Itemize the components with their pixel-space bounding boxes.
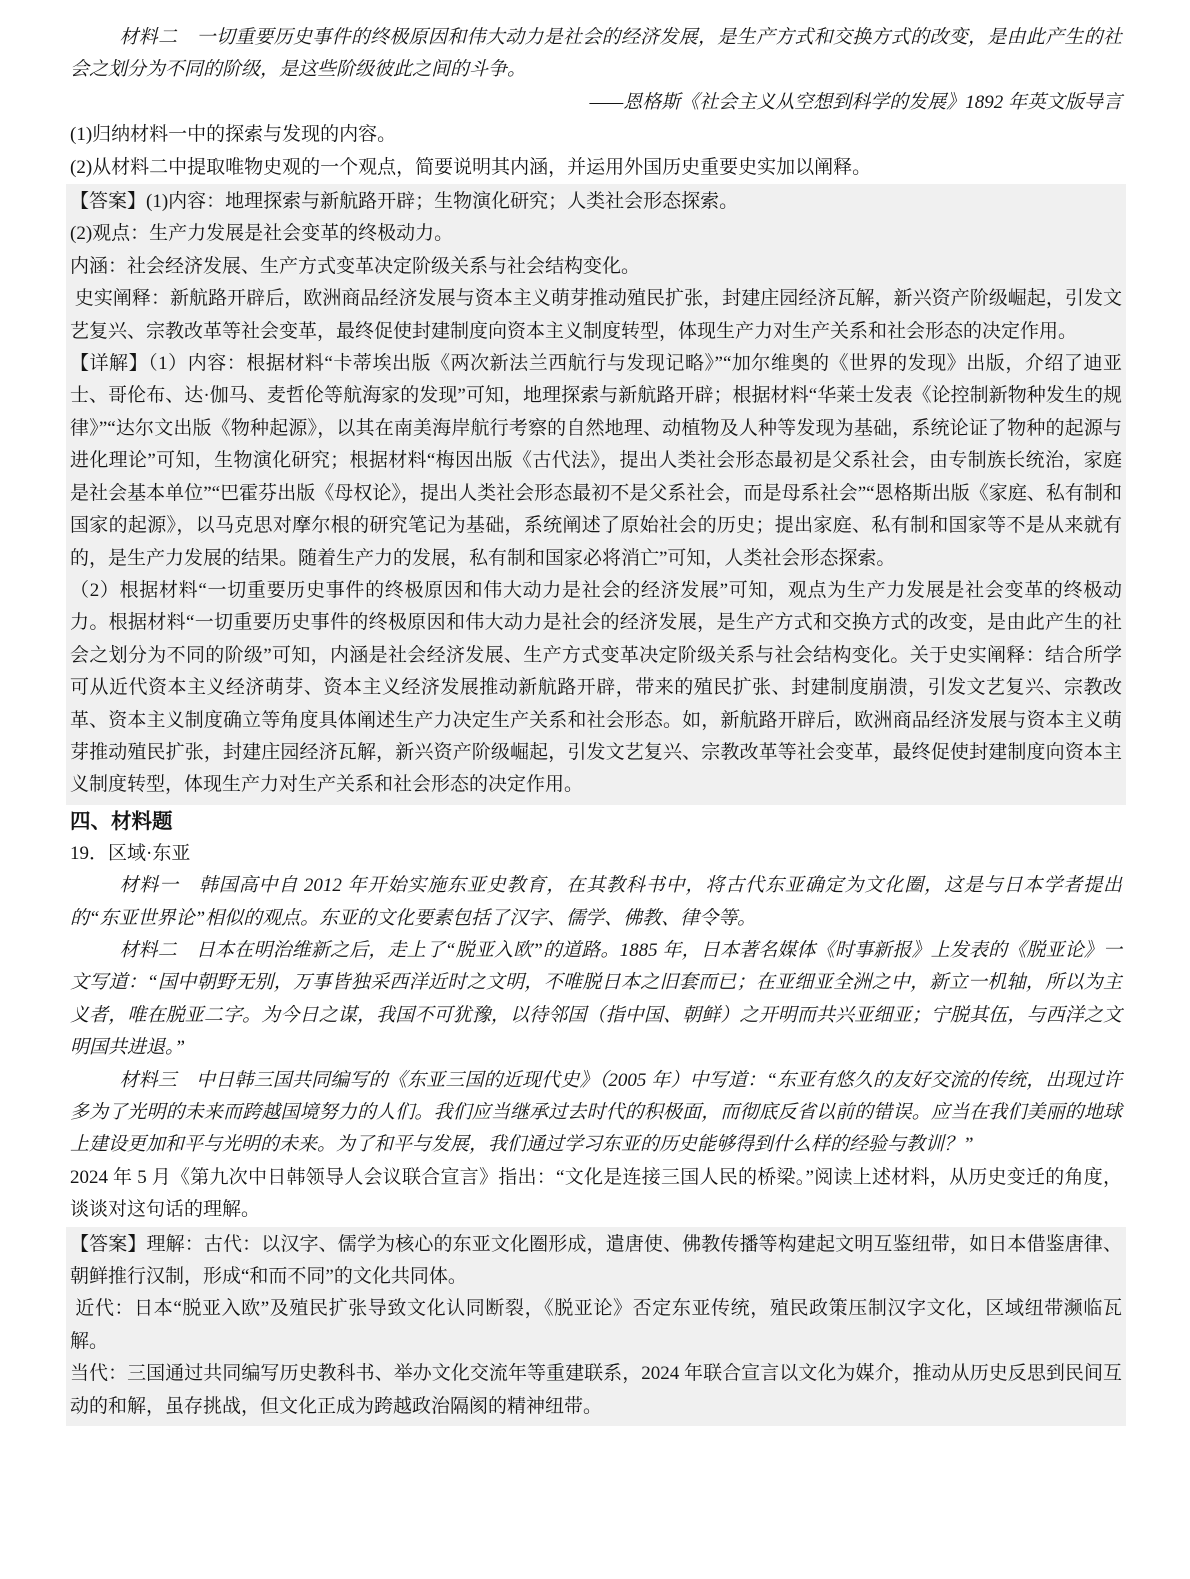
material-two-quote: 材料二 一切重要历史事件的终极原因和伟大动力是社会的经济发展，是生产方式和交换方… [70, 22, 1122, 87]
answer-18-content: 【答案】(1)内容：地理探索与新航路开辟；生物演化研究；人类社会形态探索。 [70, 186, 1122, 218]
answer-block-19: 【答案】理解：古代：以汉字、儒学为核心的东亚文化圈形成，遣唐使、佛教传播等构建起… [66, 1227, 1126, 1426]
document-page: 材料二 一切重要历史事件的终极原因和伟大动力是社会的经济发展，是生产方式和交换方… [0, 0, 1190, 1579]
section-heading-material-questions: 四、材料题 [70, 805, 1122, 838]
answer-block-18: 【答案】(1)内容：地理探索与新航路开辟；生物演化研究；人类社会形态探索。 (2… [66, 184, 1126, 805]
answer-18-explanation: 史实阐释：新航路开辟后，欧洲商品经济发展与资本主义萌芽推动殖民扩张，封建庄园经济… [70, 283, 1122, 348]
answer-19-modern: 近代：日本“脱亚入欧”及殖民扩张导致文化认同断裂，《脱亚论》否定东亚传统，殖民政… [70, 1293, 1122, 1358]
question-19-title: 19．区域·东亚 [70, 838, 1122, 870]
detail-18-part2: （2）根据材料“一切重要历史事件的终极原因和伟大动力是社会的经济发展”可知，观点… [70, 575, 1122, 802]
material-three-q19: 材料三 中日韩三国共同编写的《东亚三国的近现代史》（2005 年）中写道：“东亚… [70, 1065, 1122, 1162]
answer-18-connotation: 内涵：社会经济发展、生产方式变革决定阶级关系与社会结构变化。 [70, 251, 1122, 283]
question-18-part2: (2)从材料二中提取唯物史观的一个观点，简要说明其内涵，并运用外国历史重要史实加… [70, 152, 1122, 184]
question-19-prompt: 2024 年 5 月《第九次中日韩领导人会议联合宣言》指出：“文化是连接三国人民… [70, 1162, 1122, 1227]
detail-18-part1: 【详解】（1）内容：根据材料“卡蒂埃出版《两次新法兰西航行与发现记略》”“加尔维… [70, 348, 1122, 575]
attribution-line: ——恩格斯《社会主义从空想到科学的发展》1892 年英文版导言 [70, 87, 1122, 119]
material-two-q19: 材料二 日本在明治维新之后，走上了“脱亚入欧”的道路。1885 年，日本著名媒体… [70, 935, 1122, 1065]
material-one-q19: 材料一 韩国高中自 2012 年开始实施东亚史教育，在其教科书中，将古代东亚确定… [70, 870, 1122, 935]
answer-18-viewpoint: (2)观点：生产力发展是社会变革的终极动力。 [70, 218, 1122, 250]
answer-19-ancient: 【答案】理解：古代：以汉字、儒学为核心的东亚文化圈形成，遣唐使、佛教传播等构建起… [70, 1229, 1122, 1294]
question-18-part1: (1)归纳材料一中的探索与发现的内容。 [70, 119, 1122, 151]
answer-19-contemporary: 当代：三国通过共同编写历史教科书、举办文化交流年等重建联系，2024 年联合宣言… [70, 1358, 1122, 1423]
